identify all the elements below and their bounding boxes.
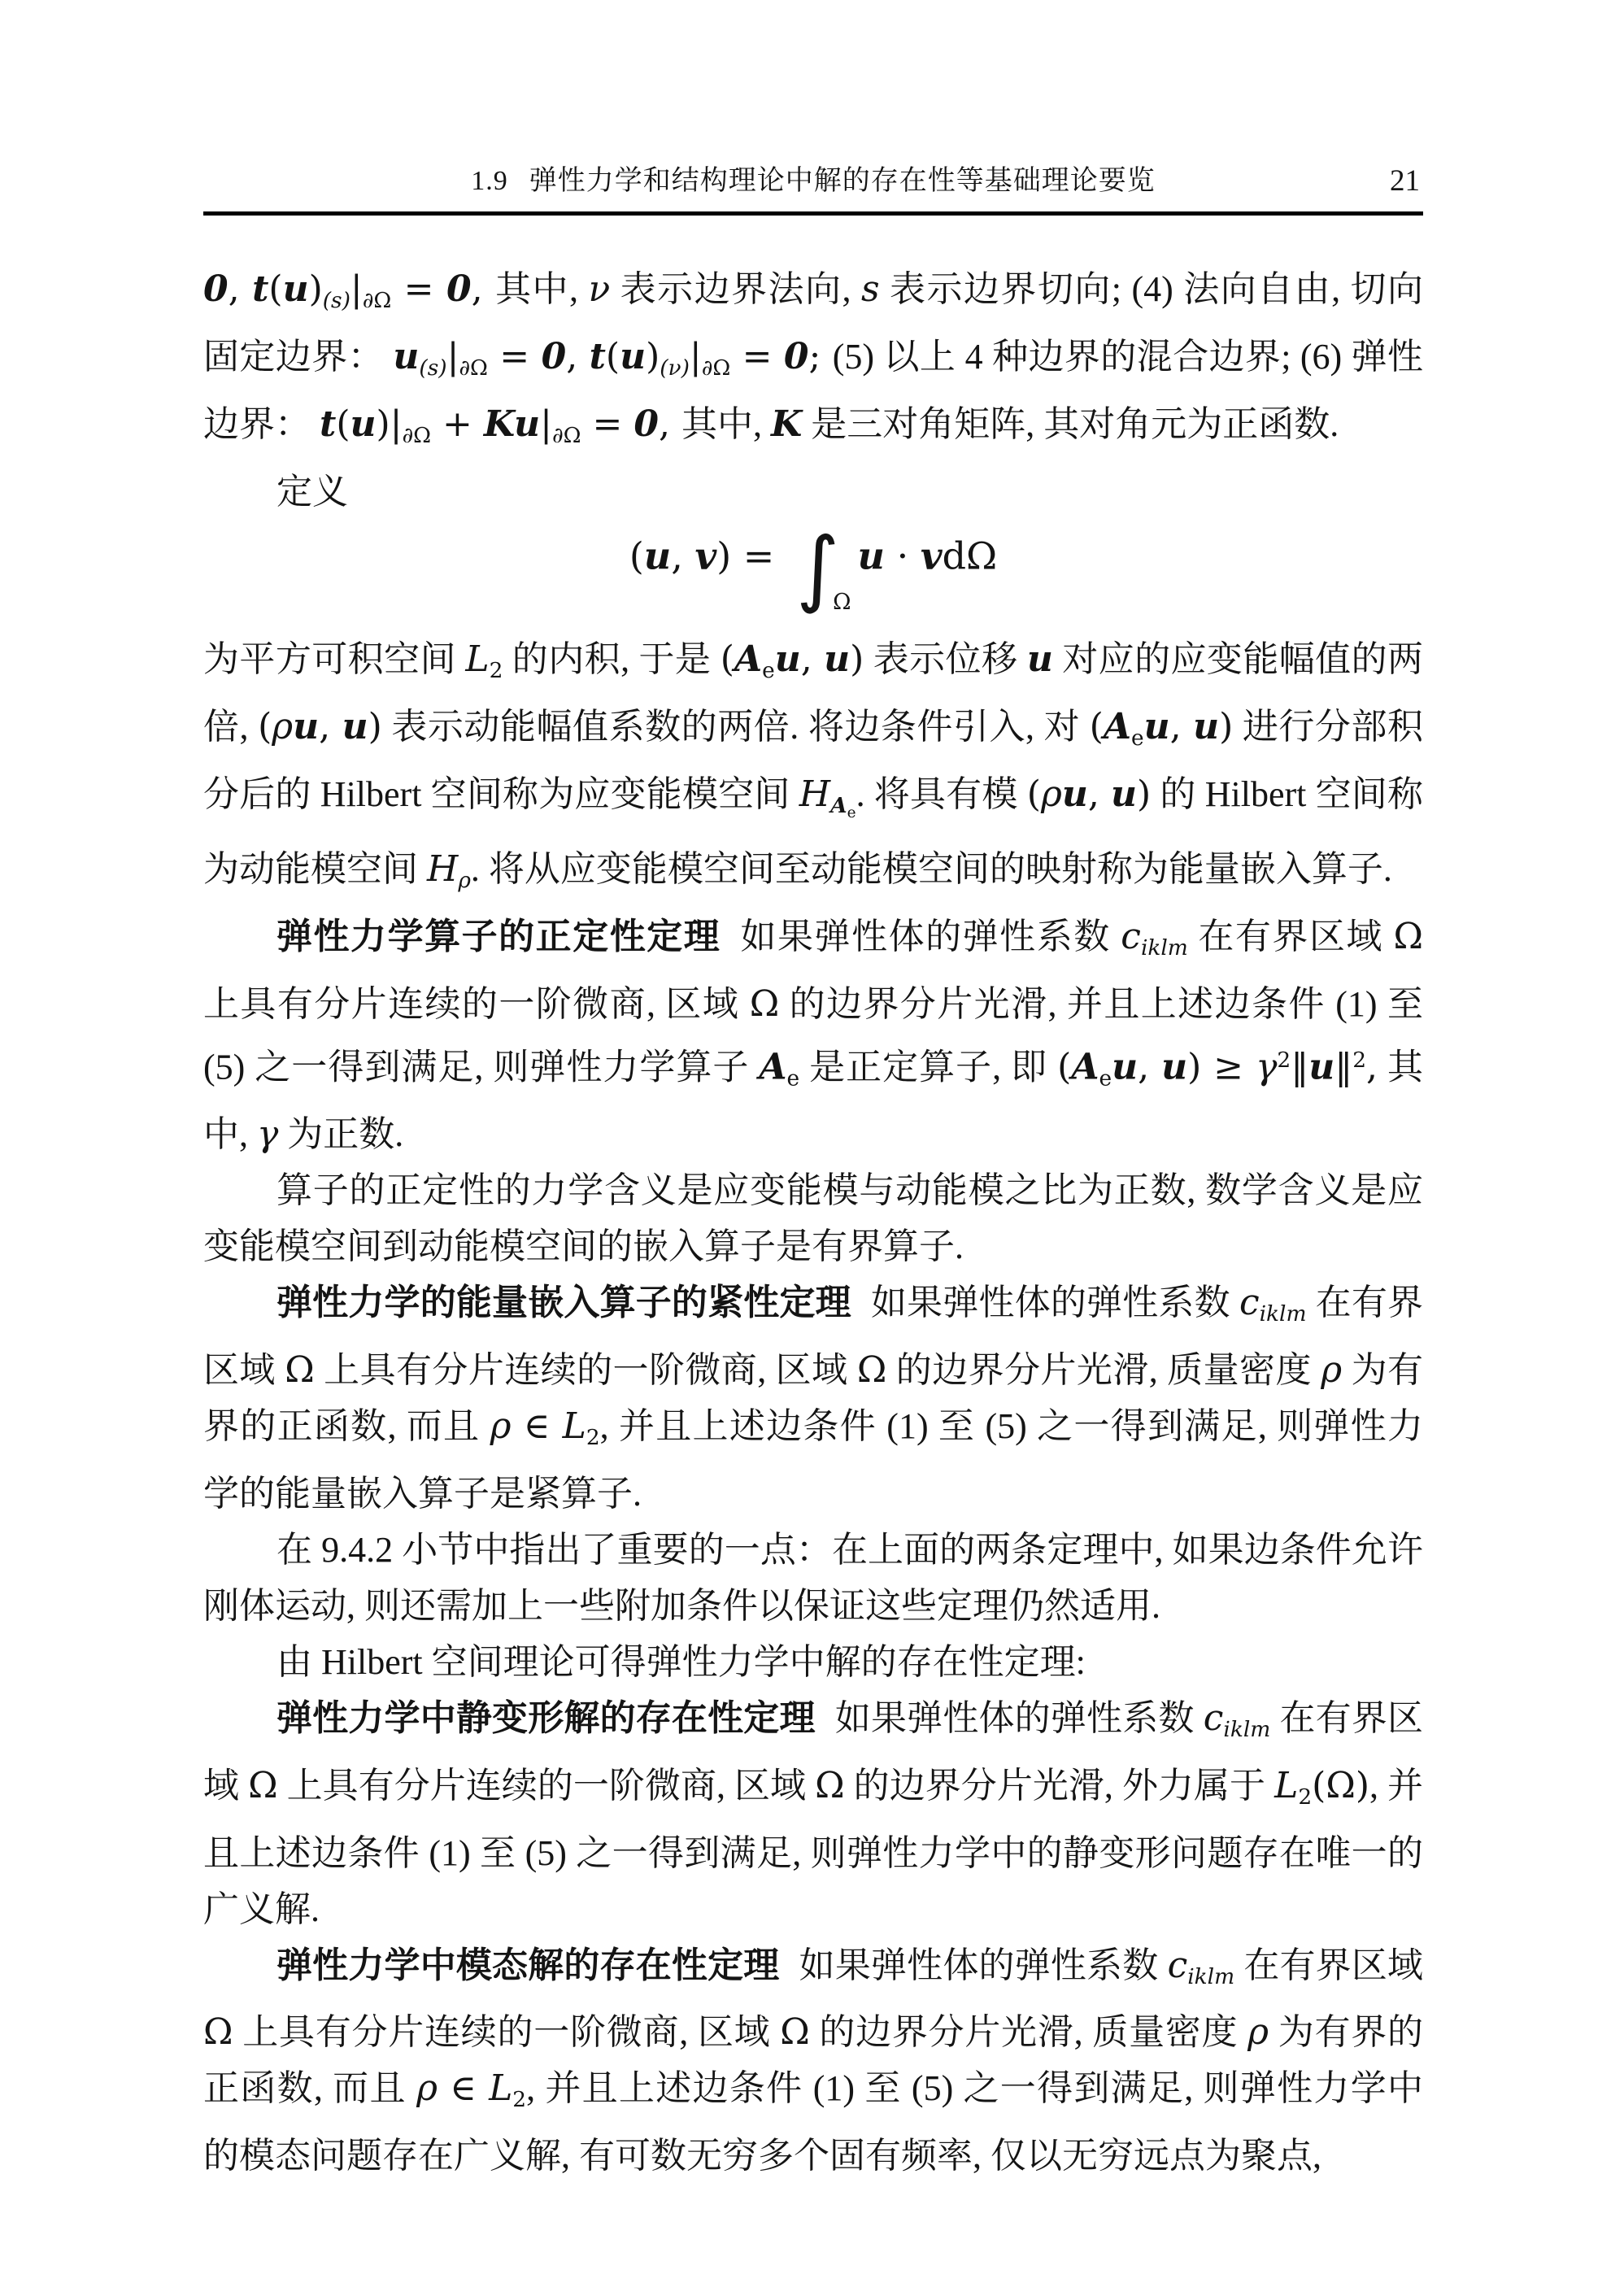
math-segment: ( [1027,773,1041,815]
text-segment: 上具有分片连续的一阶微商, 区域 [278,1766,816,1806]
math-segment: Ω [780,2011,809,2053]
math-segment: 0 [542,336,567,377]
math-segment: Ω [248,1765,277,1806]
math-segment: 0 [203,268,229,310]
math-segment: | [540,403,552,445]
body-paragraph: 在 9.4.2 小节中指出了重要的一点：在上面的两条定理中, 如果边条件允许刚体… [203,1522,1423,1634]
text-segment: 上具有分片连续的一阶微商, 区域 [315,1350,857,1390]
theorem-title: 弹性力学算子的正定性定理 [276,917,721,956]
math-segment: Ω [1394,916,1423,957]
math-segment: ( [721,638,734,680]
math-segment: A [1071,1046,1099,1087]
math-segment: Ω [966,534,997,577]
math-segment: t [320,403,336,445]
math-segment: H [799,773,830,815]
math-segment: Ω [1326,1765,1355,1806]
math-segment: ∈ [438,2067,489,2109]
math-segment: ) = [716,534,786,577]
text-segment: 表示动能幅值系数的两倍. 将边条件引入, 对 [382,707,1090,747]
text-segment: 表示位移 [864,639,1027,679]
math-segment: = [488,336,542,377]
math-segment: L [489,2067,512,2109]
math-segment: | [350,268,363,310]
text-segment: 为平方可积空间 [203,639,465,679]
math-segment: L [465,638,489,680]
page-content: 1.9弹性力学和结构理论中解的存在性等基础理论要览 21 0, t(u)(s)|… [203,161,1423,2184]
math-segment: ( [336,403,350,445]
math-segment: ) [377,403,390,445]
math-segment: u [858,534,885,577]
math-segment: iklm [1141,935,1188,961]
math-segment: ∂Ω [459,355,488,381]
math-segment: u [1062,773,1088,815]
math-segment: 0 [446,268,472,310]
math-segment: ρ [1321,1349,1342,1391]
math-segment: u [620,336,646,377]
text-segment: . 将具有模 [856,774,1027,814]
text-segment: 如果弹性体的弹性系数 [871,1283,1239,1322]
theorem-title: 弹性力学中模态解的存在性定理 [276,1945,779,1985]
body-paragraph: 为平方可积空间 L2 的内积, 于是 (Aeu, u) 表示位移 u 对应的应变… [203,631,1423,908]
text-segment: 由 Hilbert 空间理论可得弹性力学中解的存在性定理: [276,1642,1086,1682]
theorem-title: 弹性力学中静变形解的存在性定理 [276,1698,816,1738]
math-segment: L [563,1405,586,1447]
math-segment: + [431,403,484,445]
math-segment: 2 [1298,1784,1312,1810]
math-segment: (s) [419,355,446,381]
math-segment: = [581,403,634,445]
math-segment: ) [1356,1765,1369,1806]
math-segment: u [644,534,671,577]
text-segment: 如果弹性体的弹性系数 [741,917,1121,956]
math-segment: u [283,268,309,310]
math-segment: Ω [750,983,779,1025]
math-segment: e [1131,725,1144,751]
math-segment: ) [1137,773,1151,815]
math-segment: A [1104,706,1131,747]
math-segment: ∂Ω [363,288,392,313]
math-segment: ∂Ω [403,423,432,448]
math-segment: , [319,706,342,747]
math-segment: e [847,804,856,821]
math-segment: ν [588,268,610,310]
text-segment: 的边界分片光滑, 质量密度 [810,2012,1247,2052]
math-segment: ( [258,706,272,747]
math-segment: iklm [1223,1717,1270,1742]
book-page: 1.9弹性力学和结构理论中解的存在性等基础理论要览 21 0, t(u)(s)|… [0,0,1624,2296]
section-number: 1.9 [471,166,508,196]
math-segment: u [1027,638,1053,680]
math-segment: (s) [323,288,350,313]
math-segment: , [801,638,824,680]
math-segment: u [824,638,850,680]
text-segment: 在 9.4.2 小节中指出了重要的一点：在上面的两条定理中, 如果边条件允许刚体… [203,1530,1423,1626]
text-segment: 为正数. [278,1114,403,1154]
math-segment: s [861,268,880,310]
math-segment: 2 [1277,1048,1291,1073]
math-segment: c [1239,1282,1260,1323]
math-segment: A [759,1046,786,1087]
math-segment: H [427,848,458,890]
text-segment: 如果弹性体的弹性系数 [835,1698,1204,1738]
math-segment: , [472,268,495,310]
math-segment: Ω [203,2011,233,2053]
math-segment: · [885,534,921,577]
math-segment: ) [646,336,660,377]
math-segment: u [1193,706,1219,747]
page-number: 21 [1390,161,1420,202]
theorem-paragraph: 弹性力学中静变形解的存在性定理如果弹性体的弹性系数 ciklm 在有界区域 Ω … [203,1690,1423,1937]
math-segment: u [1111,773,1137,815]
math-segment: u [293,706,319,747]
math-segment: ) [1187,1046,1201,1087]
math-segment: ( [268,268,282,310]
math-segment: | [690,336,702,377]
text-segment: 表示边界法向, [610,269,861,309]
math-segment: ( [1312,1765,1326,1806]
math-segment: ρ [272,706,293,747]
math-segment: ) [1219,706,1233,747]
math-segment: ) [309,268,323,310]
text-segment: 如果弹性体的弹性系数 [799,1945,1168,1985]
math-segment: u [1144,706,1170,747]
math-segment: γ [257,1113,278,1155]
text-segment: . 将从应变能模空间至动能模空间的映射称为能量嵌入算子. [471,849,1392,889]
math-segment: ) [850,638,864,680]
math-segment: e [762,658,775,683]
math-segment: ( [606,336,620,377]
math-segment: u [350,403,377,445]
math-segment: c [1168,1945,1188,1986]
math-segment: ) [368,706,382,747]
math-segment: , [229,268,252,310]
math-segment: c [1121,916,1141,957]
math-segment: K [484,403,514,445]
theorem-paragraph: 弹性力学的能量嵌入算子的紧性定理如果弹性体的弹性系数 ciklm 在有界区域 Ω… [203,1274,1423,1522]
math-segment: ∈ [512,1405,563,1447]
math-segment: 0 [784,336,809,377]
math-segment: 2 [586,1425,600,1450]
math-segment: v [921,534,943,577]
math-segment: Ω [815,1765,844,1806]
theorem-paragraph: 弹性力学中模态解的存在性定理如果弹性体的弹性系数 ciklm 在有界区域 Ω 上… [203,1937,1423,2185]
math-segment: t [252,268,268,310]
math-segment: , [659,403,681,445]
math-segment: L [1274,1765,1298,1806]
math-segment: ; [809,336,833,377]
text-segment: 的内积, 于是 [503,639,720,679]
text-segment: 其中, [681,404,771,444]
math-segment: 2 [490,658,503,683]
text-segment: 在有界区域 [1234,1945,1423,1985]
body-paragraph: 算子的正定性的力学含义是应变能模与动能模之比为正数, 数学含义是应变能模空间到动… [203,1162,1423,1274]
chapter-title: 弹性力学和结构理论中解的存在性等基础理论要览 [529,166,1156,196]
math-segment: , [566,336,589,377]
math-segment: (ν) [660,355,690,381]
running-head-title-block: 1.9弹性力学和结构理论中解的存在性等基础理论要览 [203,161,1423,202]
math-segment: ρ [1041,773,1062,815]
text-segment: 算子的正定性的力学含义是应变能模与动能模之比为正数, 数学含义是应变能模空间到动… [203,1170,1423,1266]
math-segment: , [1366,1046,1378,1087]
math-segment: | [390,403,403,445]
math-segment: ρ [458,868,471,893]
text-segment: 的边界分片光滑, 质量密度 [886,1350,1321,1390]
math-segment: d [943,534,966,577]
math-segment: Ω [857,1349,886,1391]
text-segment: 在有界区域 [1188,917,1394,956]
math-segment: 0 [633,403,659,445]
text-segment: 是正定算子, 即 [799,1047,1057,1087]
math-segment: u [775,638,801,680]
body-paragraph: 由 Hilbert 空间理论可得弹性力学中解的存在性定理: [203,1634,1423,1690]
math-segment: u [393,336,419,377]
math-segment: e [787,1065,800,1091]
math-segment: c [1204,1697,1224,1739]
math-segment: ∂Ω [552,423,581,448]
math-segment: , [1088,773,1111,815]
math-segment: iklm [1260,1301,1307,1327]
text-segment: 的边界分片光滑, 外力属于 [845,1766,1275,1806]
math-segment: | [447,336,459,377]
text-segment: 上具有分片连续的一阶微商, 区域 [233,2012,780,2052]
math-segment: ∂Ω [702,355,731,381]
math-segment: K [771,403,802,445]
header-rule [203,211,1423,216]
math-segment: A [830,793,847,818]
math-segment: u [1308,1046,1334,1087]
math-segment: u [1112,1046,1138,1087]
math-segment: e [1099,1065,1112,1091]
math-segment: iklm [1187,1963,1234,1989]
math-segment: u [1161,1046,1187,1087]
text-segment: 定义 [276,472,348,512]
math-segment: A [734,638,762,680]
math-segment: = [391,268,446,310]
text-segment: 其中, [495,269,588,309]
math-segment: γ [1256,1046,1277,1087]
text-segment: 是三对角矩阵, 其对角元为正函数. [802,404,1339,444]
math-segment: ρ [1247,2011,1269,2053]
math-segment: ( [1090,706,1104,747]
math-segment: v [694,534,716,577]
math-segment: t [590,336,606,377]
math-segment: , [1138,1046,1161,1087]
math-segment: , [1170,706,1194,747]
theorem-paragraph: 弹性力学算子的正定性定理如果弹性体的弹性系数 ciklm 在有界区域 Ω 上具有… [203,908,1423,1162]
theorem-title: 弹性力学的能量嵌入算子的紧性定理 [276,1283,851,1322]
math-segment: ρ [416,2067,438,2109]
body-paragraph: 0, t(u)(s)|∂Ω = 0, 其中, ν 表示边界法向, s 表示边界切… [203,261,1423,464]
math-segment: ‖ [1334,1046,1352,1087]
math-segment: = [730,336,784,377]
integral-sign: ∫Ω [796,531,855,615]
math-segment: 2 [512,2087,526,2112]
text-segment: 上具有分片连续的一阶微商, 区域 [203,984,750,1024]
display-formula: (u, v) = ∫Ωu · vdΩ [203,520,1423,631]
math-segment: ≥ [1201,1046,1256,1087]
math-segment: u [514,403,540,445]
integral-lower-limit: Ω [833,590,851,615]
math-segment: ρ [490,1405,512,1447]
math-segment: ( [629,534,644,577]
document-body: 0, t(u)(s)|∂Ω = 0, 其中, ν 表示边界法向, s 表示边界切… [203,261,1423,2184]
running-head: 1.9弹性力学和结构理论中解的存在性等基础理论要览 21 [203,161,1423,202]
math-segment: Ω [285,1349,314,1391]
math-segment: ‖ [1291,1046,1308,1087]
body-paragraph: 定义 [203,464,1423,520]
math-segment: 2 [1352,1048,1366,1073]
math-segment: u [342,706,368,747]
math-segment: ( [1057,1046,1071,1087]
math-segment: , [671,534,694,577]
